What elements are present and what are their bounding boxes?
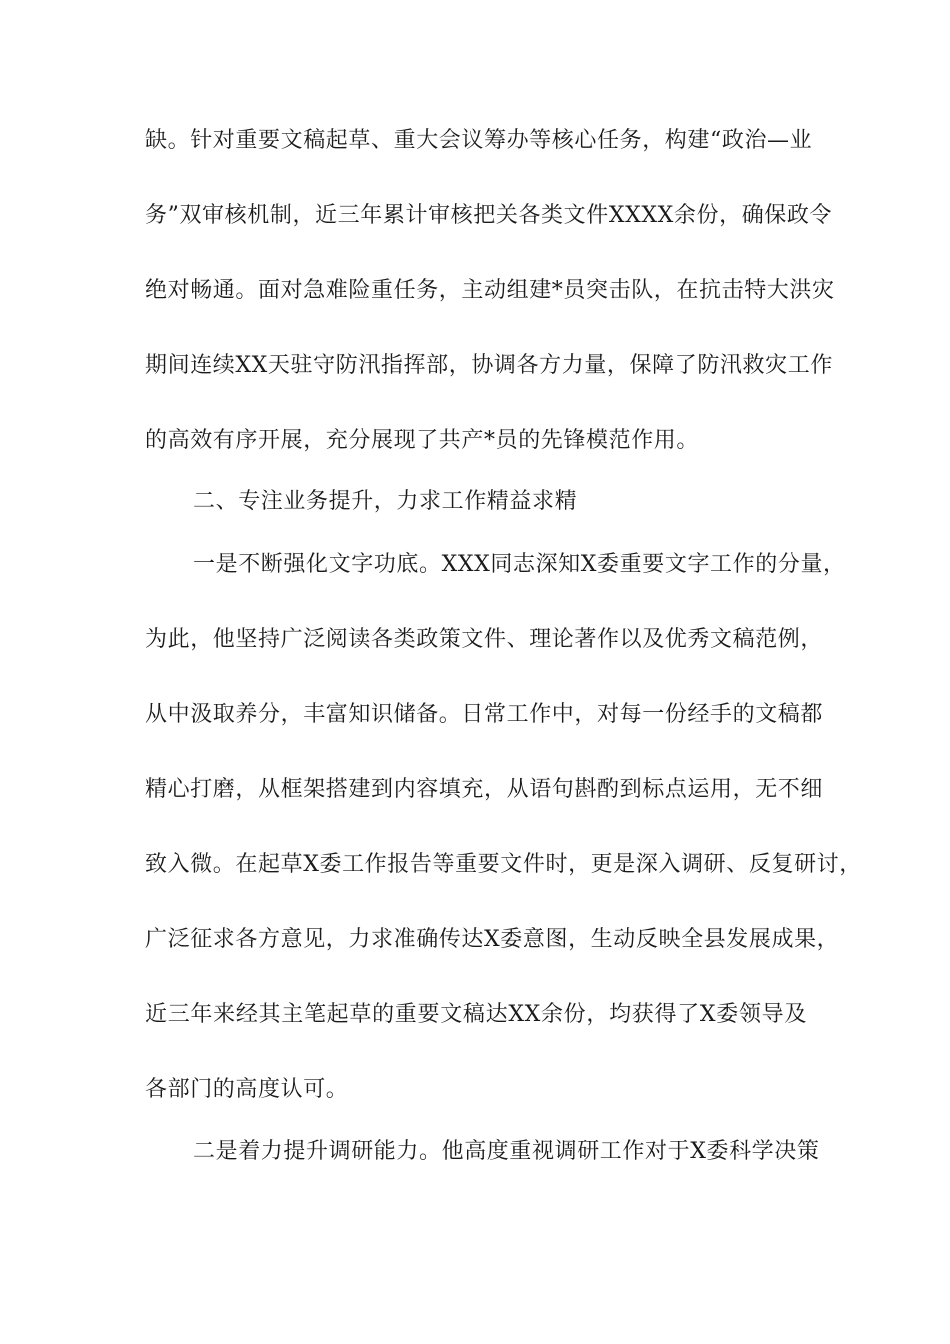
text-line: 务”双审核机制，近三年累计审核把关各类文件XXXX余份，确保政令	[145, 201, 807, 231]
text-line: 从中汲取养分，丰富知识储备。日常工作中，对每一份经手的文稿都	[145, 700, 807, 730]
text-line: 各部门的高度认可。	[145, 1075, 807, 1105]
text-line: 为此，他坚持广泛阅读各类政策文件、理论著作以及优秀文稿范例，	[145, 625, 807, 655]
text-line: 绝对畅通。面对急难险重任务，主动组建*员突击队，在抗击特大洪灾	[145, 276, 807, 306]
section-heading: 二、专注业务提升，力求工作精益求精	[193, 487, 807, 517]
text-line: 二是着力提升调研能力。他高度重视调研工作对于X委科学决策	[193, 1137, 807, 1167]
text-line: 致入微。在起草X委工作报告等重要文件时，更是深入调研、反复研讨，	[145, 850, 807, 880]
text-line: 近三年来经其主笔起草的重要文稿达XX余份，均获得了X委领导及	[145, 1000, 807, 1030]
text-line: 广泛征求各方意见，力求准确传达X委意图，生动反映全县发展成果，	[145, 925, 807, 955]
text-line: 缺。针对重要文稿起草、重大会议筹办等核心任务，构建“政治—业	[145, 126, 807, 156]
text-line: 一是不断强化文字功底。XXX同志深知X委重要文字工作的分量，	[193, 550, 807, 580]
text-line: 期间连续XX天驻守防汛指挥部，协调各方力量，保障了防汛救灾工作	[145, 351, 807, 381]
text-line: 精心打磨，从框架搭建到内容填充，从语句斟酌到标点运用，无不细	[145, 775, 807, 805]
text-line: 的高效有序开展，充分展现了共产*员的先锋模范作用。	[145, 426, 807, 456]
